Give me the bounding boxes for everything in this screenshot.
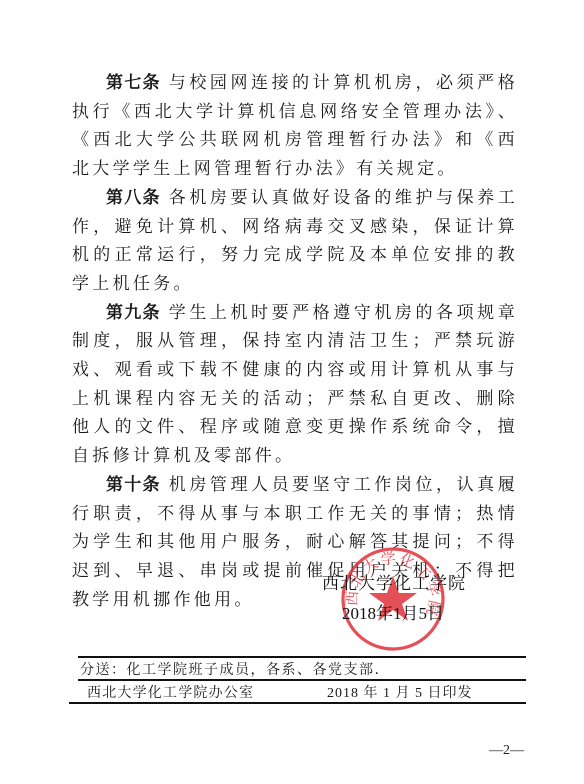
article-9: 第九条学生上机时要严格遵守机房的各项规章制度，服从管理，保持室内清洁卫生；严禁玩…	[72, 299, 518, 471]
article-number: 第八条	[106, 188, 161, 208]
article-number: 第十条	[106, 475, 161, 495]
divider-middle	[78, 679, 526, 681]
article-text: 学生上机时要严格遵守机房的各项规章制度，服从管理，保持室内清洁卫生；严禁玩游戏、…	[72, 303, 518, 467]
distribution-label: 分送：	[80, 662, 127, 678]
document-page: 第七条与校园网连接的计算机机房，必须严格执行《西北大学计算机信息网络安全管理办法…	[0, 0, 584, 784]
divider-bottom	[69, 702, 526, 704]
distribution-recipients: 化工学院班子成员，各系、各党支部.	[127, 662, 381, 678]
divider-top	[78, 656, 526, 658]
distribution-line: 分送：化工学院班子成员，各系、各党支部.	[80, 659, 380, 679]
article-number: 第七条	[106, 73, 161, 93]
article-7: 第七条与校园网连接的计算机机房，必须严格执行《西北大学计算机信息网络安全管理办法…	[72, 69, 518, 184]
page-number: —2—	[489, 743, 524, 759]
signature-date: 2018年1月5日	[322, 599, 466, 628]
signature-block: 西北大学化工学院 2018年1月5日	[322, 570, 466, 628]
article-8: 第八条各机房要认真做好设备的维护与保养工作，避免计算机、网络病毒交叉感染，保证计…	[72, 184, 518, 299]
article-number: 第九条	[106, 303, 161, 323]
signature-organization: 西北大学化工学院	[322, 570, 466, 599]
document-body: 第七条与校园网连接的计算机机房，必须严格执行《西北大学计算机信息网络安全管理办法…	[72, 69, 518, 614]
issue-date: 2018 年 1 月 5 日印发	[327, 682, 473, 702]
issuing-office: 西北大学化工学院办公室	[87, 682, 254, 702]
